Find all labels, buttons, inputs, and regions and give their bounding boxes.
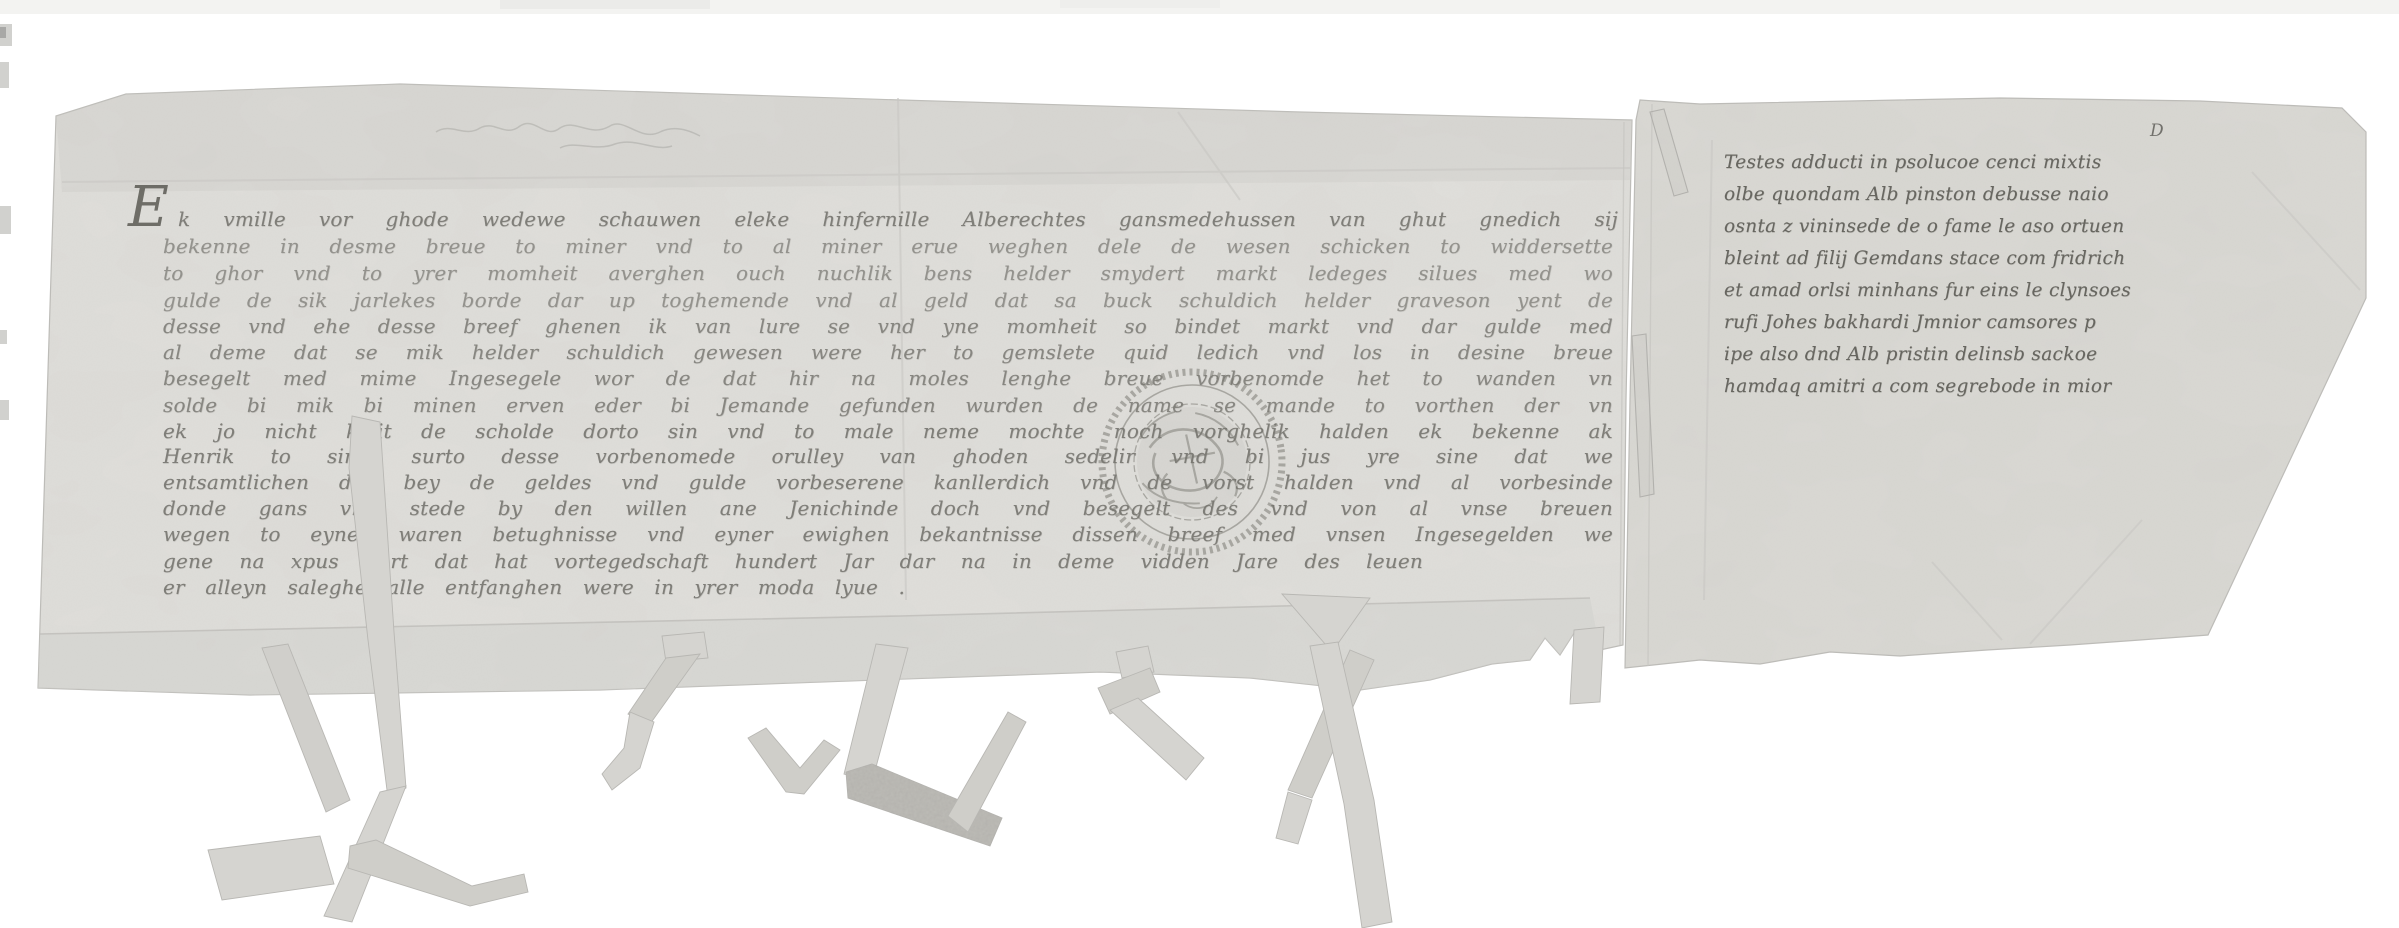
slip-text-line: ipe also dnd Alb pristin delinsb sackoe	[1724, 340, 2097, 370]
slip-text-line: bleint ad filij Gemdans stace com fridri…	[1724, 244, 2125, 274]
slip-text-line: olbe quondam Alb pinston debusse naio	[1724, 180, 2109, 210]
witness-slip-text: D Testes adducti in psolucoe cenci mixti…	[0, 0, 2399, 928]
manuscript-scan: E k vmille vor ghode wedewe schauwen ele…	[0, 0, 2399, 928]
slip-text-line: rufi Johes bakhardi Jmnior camsores p	[1724, 308, 2096, 338]
slip-superscript: D	[2150, 122, 2164, 140]
slip-text-line: hamdaq amitri a com segrebode in mior	[1724, 372, 2111, 402]
slip-text-line: et amad orlsi minhans fur eins le clynso…	[1724, 276, 2131, 306]
slip-text-line: Testes adducti in psolucoe cenci mixtis	[1724, 148, 2102, 178]
slip-text-line: osnta z vininsede de o fame le aso ortue…	[1724, 212, 2124, 242]
